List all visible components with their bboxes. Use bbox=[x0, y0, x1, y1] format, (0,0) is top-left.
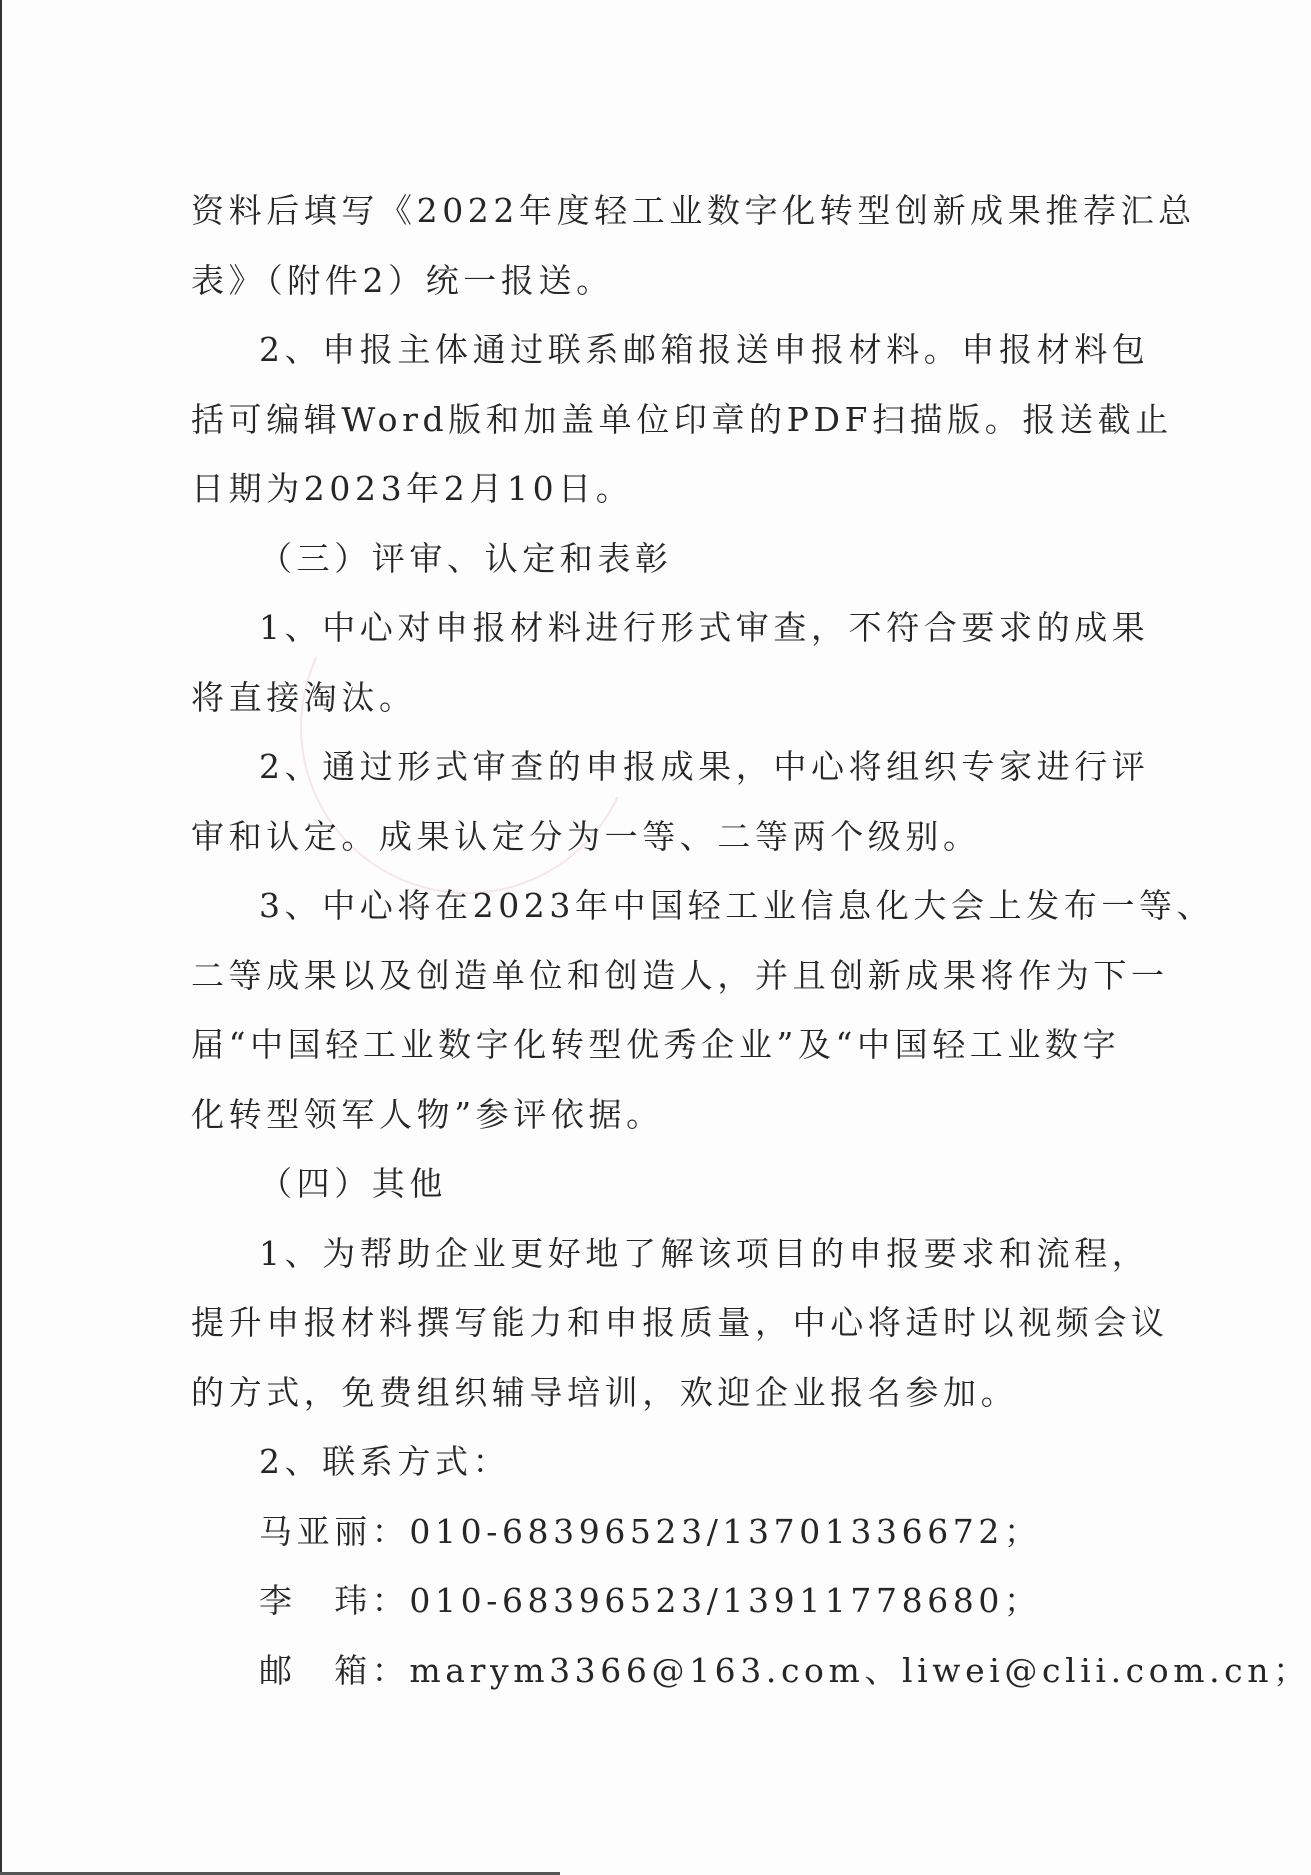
paragraph-line: 括可编辑Word版和加盖单位印章的PDF扫描版。报送截止 bbox=[191, 385, 1121, 455]
paragraph-line: 2、申报主体通过联系邮箱报送申报材料。申报材料包 bbox=[191, 315, 1121, 385]
paragraph-line: 届“中国轻工业数字化转型优秀企业”及“中国轻工业数字 bbox=[191, 1010, 1121, 1080]
paragraph-line: 2、通过形式审查的申报成果，中心将组织专家进行评 bbox=[191, 732, 1121, 802]
contact-row-email: 邮 箱：marym3366@163.com、liwei@clii.com.cn； bbox=[191, 1636, 1121, 1706]
paragraph-line: 1、中心对申报材料进行形式审查，不符合要求的成果 bbox=[191, 593, 1121, 663]
contact-phone: 010-68396523/13911778680； bbox=[409, 1581, 1041, 1620]
paragraph-line: 资料后填写《2022年度轻工业数字化转型创新成果推荐汇总 bbox=[191, 176, 1121, 246]
contact-email: marym3366@163.com、liwei@clii.com.cn； bbox=[409, 1651, 1310, 1690]
paragraph-line: 的方式，免费组织辅导培训，欢迎企业报名参加。 bbox=[191, 1358, 1121, 1428]
section-heading-other: （四）其他 bbox=[191, 1149, 1121, 1219]
contact-phone: 010-68396523/13701336672； bbox=[409, 1512, 1041, 1551]
paragraph-line: 提升申报材料撰写能力和申报质量，中心将适时以视频会议 bbox=[191, 1288, 1121, 1358]
contact-email-label: 邮 箱： bbox=[259, 1636, 409, 1706]
paragraph-line: 化转型领军人物”参评依据。 bbox=[191, 1080, 1121, 1150]
paragraph-line: 二等成果以及创造单位和创造人，并且创新成果将作为下一 bbox=[191, 941, 1121, 1011]
scan-edge-left bbox=[0, 0, 2, 1875]
contact-row-ma-yali: 马亚丽：010-68396523/13701336672； bbox=[191, 1497, 1121, 1567]
paragraph-line: 将直接淘汰。 bbox=[191, 663, 1121, 733]
paragraph-line: 日期为2023年2月10日。 bbox=[191, 454, 1121, 524]
paragraph-line: 1、为帮助企业更好地了解该项目的申报要求和流程， bbox=[191, 1219, 1121, 1289]
paragraph-line: 3、中心将在2023年中国轻工业信息化大会上发布一等、 bbox=[191, 871, 1121, 941]
contact-row-li-wei: 李 玮：010-68396523/13911778680； bbox=[191, 1566, 1121, 1636]
contact-heading: 2、联系方式： bbox=[191, 1427, 1121, 1497]
section-heading-review: （三）评审、认定和表彰 bbox=[191, 524, 1121, 594]
contact-name: 李 玮： bbox=[259, 1566, 409, 1636]
paragraph-line: 审和认定。成果认定分为一等、二等两个级别。 bbox=[191, 802, 1121, 872]
document-body: 资料后填写《2022年度轻工业数字化转型创新成果推荐汇总 表》（附件2）统一报送… bbox=[191, 176, 1121, 1705]
paragraph-line: 表》（附件2）统一报送。 bbox=[191, 246, 1121, 316]
contact-name: 马亚丽： bbox=[259, 1497, 409, 1567]
